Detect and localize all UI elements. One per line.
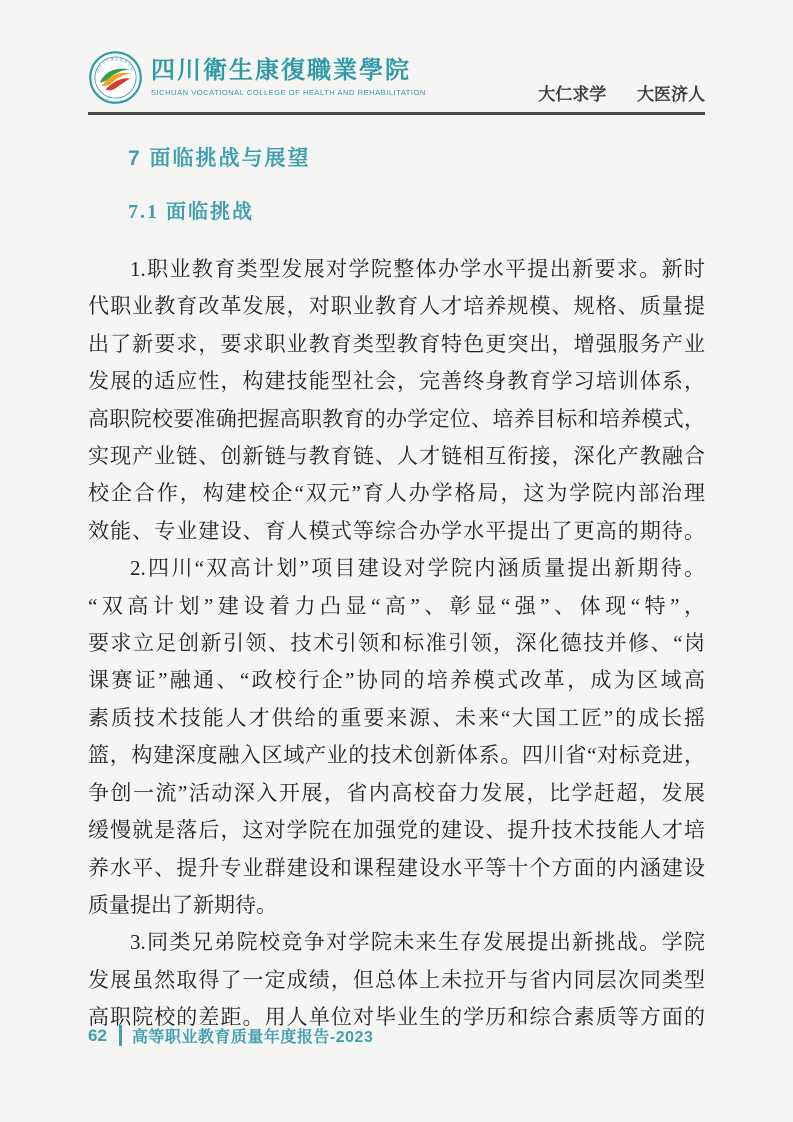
text-line: 缓慢就是落后，这对学院在加强党的建设、提升技术技能人才培 bbox=[88, 812, 705, 849]
motto-phrase-1: 大仁求学 bbox=[538, 85, 606, 104]
text-line: 高职院校要准确把握高职教育的办学定位、培养目标和培养模式， bbox=[88, 401, 705, 438]
paragraph: 3.同类兄弟院校竞争对学院未来生存发展提出新挑战。学院发展虽然取得了一定成绩，但… bbox=[88, 924, 705, 1036]
college-name-zh: 四川衛生康復職業學院 bbox=[151, 58, 426, 86]
page-header: 四川卫生康复职业学院 四川衛生康復職業學院 SICHUAN VOCATIONAL… bbox=[88, 50, 705, 108]
college-seal-icon: 四川卫生康复职业学院 bbox=[88, 50, 143, 105]
text-line: 发展虽然取得了一定成绩，但总体上未拉开与省内同层次同类型 bbox=[88, 962, 705, 999]
report-title: 高等职业教育质量年度报告-2023 bbox=[132, 1024, 373, 1047]
text-line: 1.职业教育类型发展对学院整体办学水平提出新要求。新时 bbox=[88, 251, 705, 288]
text-line: 篮，构建深度融入区域产业的技术创新体系。四川省“对标竞进， bbox=[88, 737, 705, 774]
paragraph: 1.职业教育类型发展对学院整体办学水平提出新要求。新时代职业教育改革发展，对职业… bbox=[88, 251, 705, 550]
page-number: 62 bbox=[88, 1026, 107, 1046]
text-line: 课赛证”融通、“政校行企”协同的培养模式改革，成为区域高 bbox=[88, 662, 705, 699]
text-line: 质量提出了新期待。 bbox=[88, 887, 705, 924]
header-rule bbox=[88, 112, 705, 115]
section-heading: 7.1 面临挑战 bbox=[128, 195, 705, 224]
college-name: 四川衛生康復職業學院 SICHUAN VOCATIONAL COLLEGE OF… bbox=[151, 58, 426, 97]
text-line: 3.同类兄弟院校竞争对学院未来生存发展提出新挑战。学院 bbox=[88, 924, 705, 961]
document-page: 四川卫生康复职业学院 四川衛生康復職業學院 SICHUAN VOCATIONAL… bbox=[0, 0, 793, 1122]
text-line: 养水平、提升专业群建设和课程建设水平等十个方面的内涵建设 bbox=[88, 850, 705, 887]
paragraph: 2.四川“双高计划”项目建设对学院内涵质量提出新期待。“双高计划”建设着力凸显“… bbox=[88, 550, 705, 924]
college-logo: 四川卫生康复职业学院 四川衛生康復職業學院 SICHUAN VOCATIONAL… bbox=[88, 50, 426, 105]
text-line: 争创一流”活动深入开展，省内高校奋力发展，比学赶超，发展 bbox=[88, 775, 705, 812]
page-footer: 62 高等职业教育质量年度报告-2023 bbox=[88, 1024, 373, 1047]
text-line: 要求立足创新引领、技术引领和标准引领，深化德技并修、“岗 bbox=[88, 625, 705, 662]
text-line: 代职业教育改革发展，对职业教育人才培养规模、规格、质量提 bbox=[88, 288, 705, 325]
text-line: 出了新要求，要求职业教育类型教育特色更突出，增强服务产业 bbox=[88, 326, 705, 363]
text-line: 效能、专业建设、育人模式等综合办学水平提出了更高的期待。 bbox=[88, 513, 705, 550]
college-name-en: SICHUAN VOCATIONAL COLLEGE OF HEALTH AND… bbox=[151, 88, 426, 97]
text-line: 素质技术技能人才供给的重要来源、未来“大国工匠”的成长摇 bbox=[88, 700, 705, 737]
text-line: 发展的适应性，构建技能型社会，完善终身教育学习培训体系， bbox=[88, 363, 705, 400]
school-motto: 大仁求学 大医济人 bbox=[538, 80, 705, 105]
chapter-heading: 7 面临挑战与展望 bbox=[128, 142, 705, 172]
text-line: 2.四川“双高计划”项目建设对学院内涵质量提出新期待。 bbox=[88, 550, 705, 587]
text-line: 校企合作，构建校企“双元”育人办学格局，这为学院内部治理 bbox=[88, 475, 705, 512]
motto-phrase-2: 大医济人 bbox=[637, 85, 705, 104]
text-line: 实现产业链、创新链与教育链、人才链相互衔接，深化产教融合 bbox=[88, 438, 705, 475]
body-paragraphs: 1.职业教育类型发展对学院整体办学水平提出新要求。新时代职业教育改革发展，对职业… bbox=[88, 251, 705, 1037]
footer-divider bbox=[119, 1025, 122, 1046]
text-line: “双高计划”建设着力凸显“高”、彰显“强”、体现“特”， bbox=[88, 588, 705, 625]
